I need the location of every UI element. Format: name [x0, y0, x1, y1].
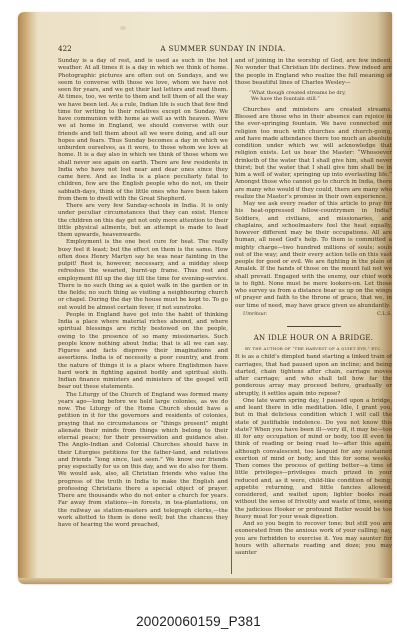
left-column: Sunday is a day of rest, and is used as …	[58, 58, 228, 529]
paragraph: The Liturgy of the Church of England was…	[58, 392, 228, 530]
signature-initials: C.L.S.	[377, 311, 392, 318]
image-caption: 20020060159_P381	[0, 614, 397, 629]
paragraph: It is as a child’s dimpled hand starting…	[235, 354, 392, 398]
paragraph: People in England have got into the habi…	[58, 312, 228, 392]
paragraph: And so you begin to recover tone; but st…	[235, 521, 392, 557]
paragraph: One late warm spring day, I paused upon …	[235, 398, 392, 521]
right-column: and of joining in the worship of God, ar…	[235, 58, 392, 557]
signature-place: Umritsur.	[235, 311, 267, 318]
section-separator	[287, 326, 341, 327]
paper-stain	[120, 26, 126, 30]
paragraph: There are very few Sunday-schools in Ind…	[58, 203, 228, 239]
signature: Umritsur. C.L.S.	[235, 311, 392, 318]
paragraph: and of joining in the worship of God, ar…	[235, 58, 392, 87]
paragraph: Employment is the one best cure for heat…	[58, 239, 228, 312]
running-head-title: A SUMMER SUNDAY IN INDIA.	[58, 44, 388, 53]
article-byline: BY THE AUTHOR OF “THE HARVEST OF A QUIET…	[235, 345, 392, 352]
column-divider	[231, 58, 232, 574]
article-title: AN IDLE HOUR ON A BRIDGE.	[235, 335, 392, 342]
running-header: 422 A SUMMER SUNDAY IN INDIA.	[58, 44, 388, 54]
paragraph: Churches and ministers are created strea…	[235, 107, 392, 201]
page-edge	[18, 578, 392, 584]
paragraph: Sunday is a day of rest, and is used as …	[58, 58, 228, 203]
quote-line: We have the fountain still.”	[249, 96, 392, 102]
paragraph: May we ask every reader of this article …	[235, 201, 392, 310]
verse-quote: “What though created streams be dry, We …	[235, 90, 392, 103]
